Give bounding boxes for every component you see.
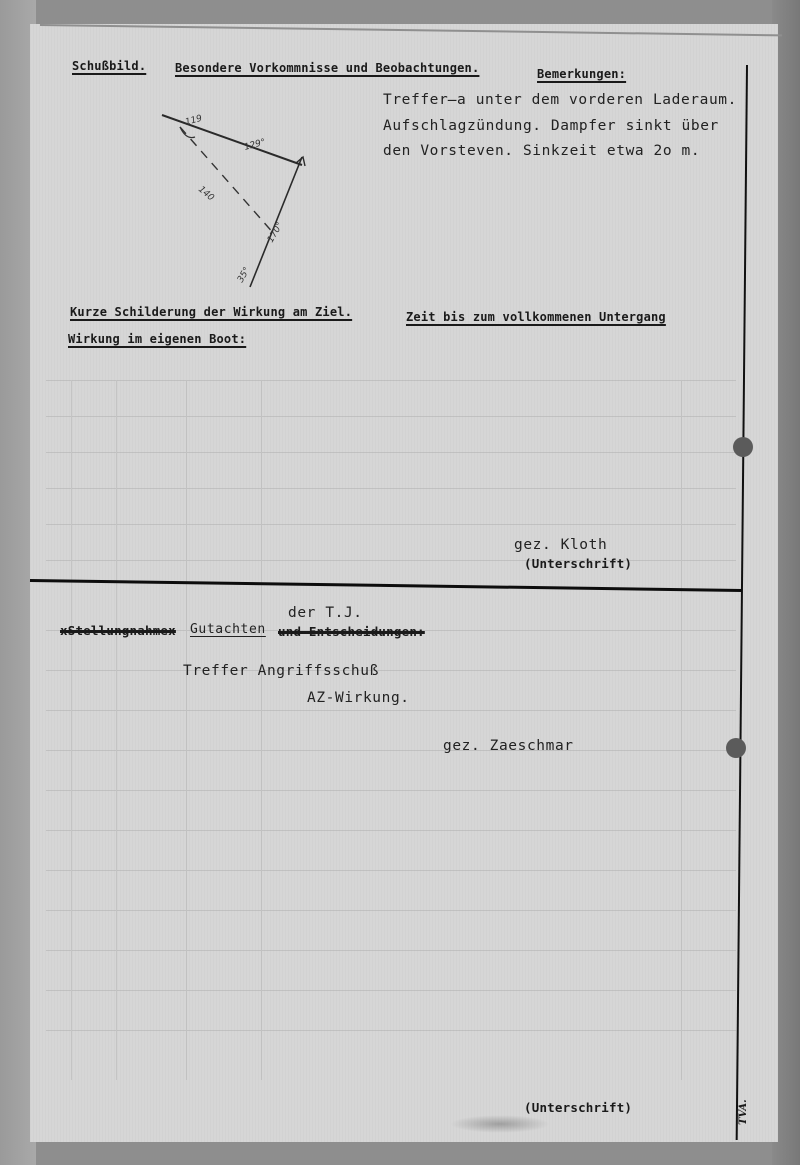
field-label-entscheidungen-struck: und Entscheidungen: xyxy=(278,624,425,639)
sketch-label-distance: 140 xyxy=(196,185,216,204)
remarks-line-2: Aufschlagzündung. Dampfer sinkt über xyxy=(383,118,719,134)
punch-hole-top xyxy=(733,437,753,457)
remarks-line-3: den Vorsteven. Sinkzeit etwa 2o m. xyxy=(383,143,700,159)
field-label-zeit-bis-untergang: Zeit bis zum vollkommenen Untergang xyxy=(406,310,666,324)
signature-caption-2: (Unterschrift) xyxy=(524,1100,632,1115)
field-label-wirkung-eigenes-boot: Wirkung im eigenen Boot: xyxy=(68,332,246,346)
field-label-stellungnahme-struck: xStellungnahmex xyxy=(60,623,176,638)
field-label-schussbild: Schußbild. xyxy=(72,59,146,73)
field-label-besondere-vorkommnisse: Besondere Vorkommnisse und Beobachtungen… xyxy=(175,61,479,75)
margin-stamp-tva: TVA. xyxy=(738,1099,749,1125)
signature-kloth: gez. Kloth xyxy=(514,537,607,553)
field-label-gutachten: Gutachten xyxy=(190,622,266,637)
sketch-label-course-2: 170° xyxy=(266,221,286,245)
field-label-kurze-schilderung: Kurze Schilderung der Wirkung am Ziel. xyxy=(70,305,352,319)
signature-caption-1: (Unterschrift) xyxy=(524,556,632,571)
remarks-line-1: Treffer̶a unter dem vorderen Laderaum. xyxy=(383,92,737,108)
punch-hole-bottom xyxy=(726,738,746,758)
sketch-label-angle-bottom: 35° xyxy=(236,266,253,285)
assessment-line-1: Treffer Angriffsschuß xyxy=(183,663,379,679)
ink-smudge xyxy=(450,1115,550,1133)
inserted-text-der-tj: der T.J. xyxy=(288,605,363,621)
firing-sketch: 119 129° 140 170° 35° xyxy=(150,105,350,290)
assessment-line-2: AZ-Wirkung. xyxy=(307,690,410,706)
field-label-bemerkungen: Bemerkungen: xyxy=(537,67,626,81)
signature-zaeschmar: gez. Zaeschmar xyxy=(443,738,574,754)
sketch-label-angle: 119 xyxy=(184,114,203,128)
